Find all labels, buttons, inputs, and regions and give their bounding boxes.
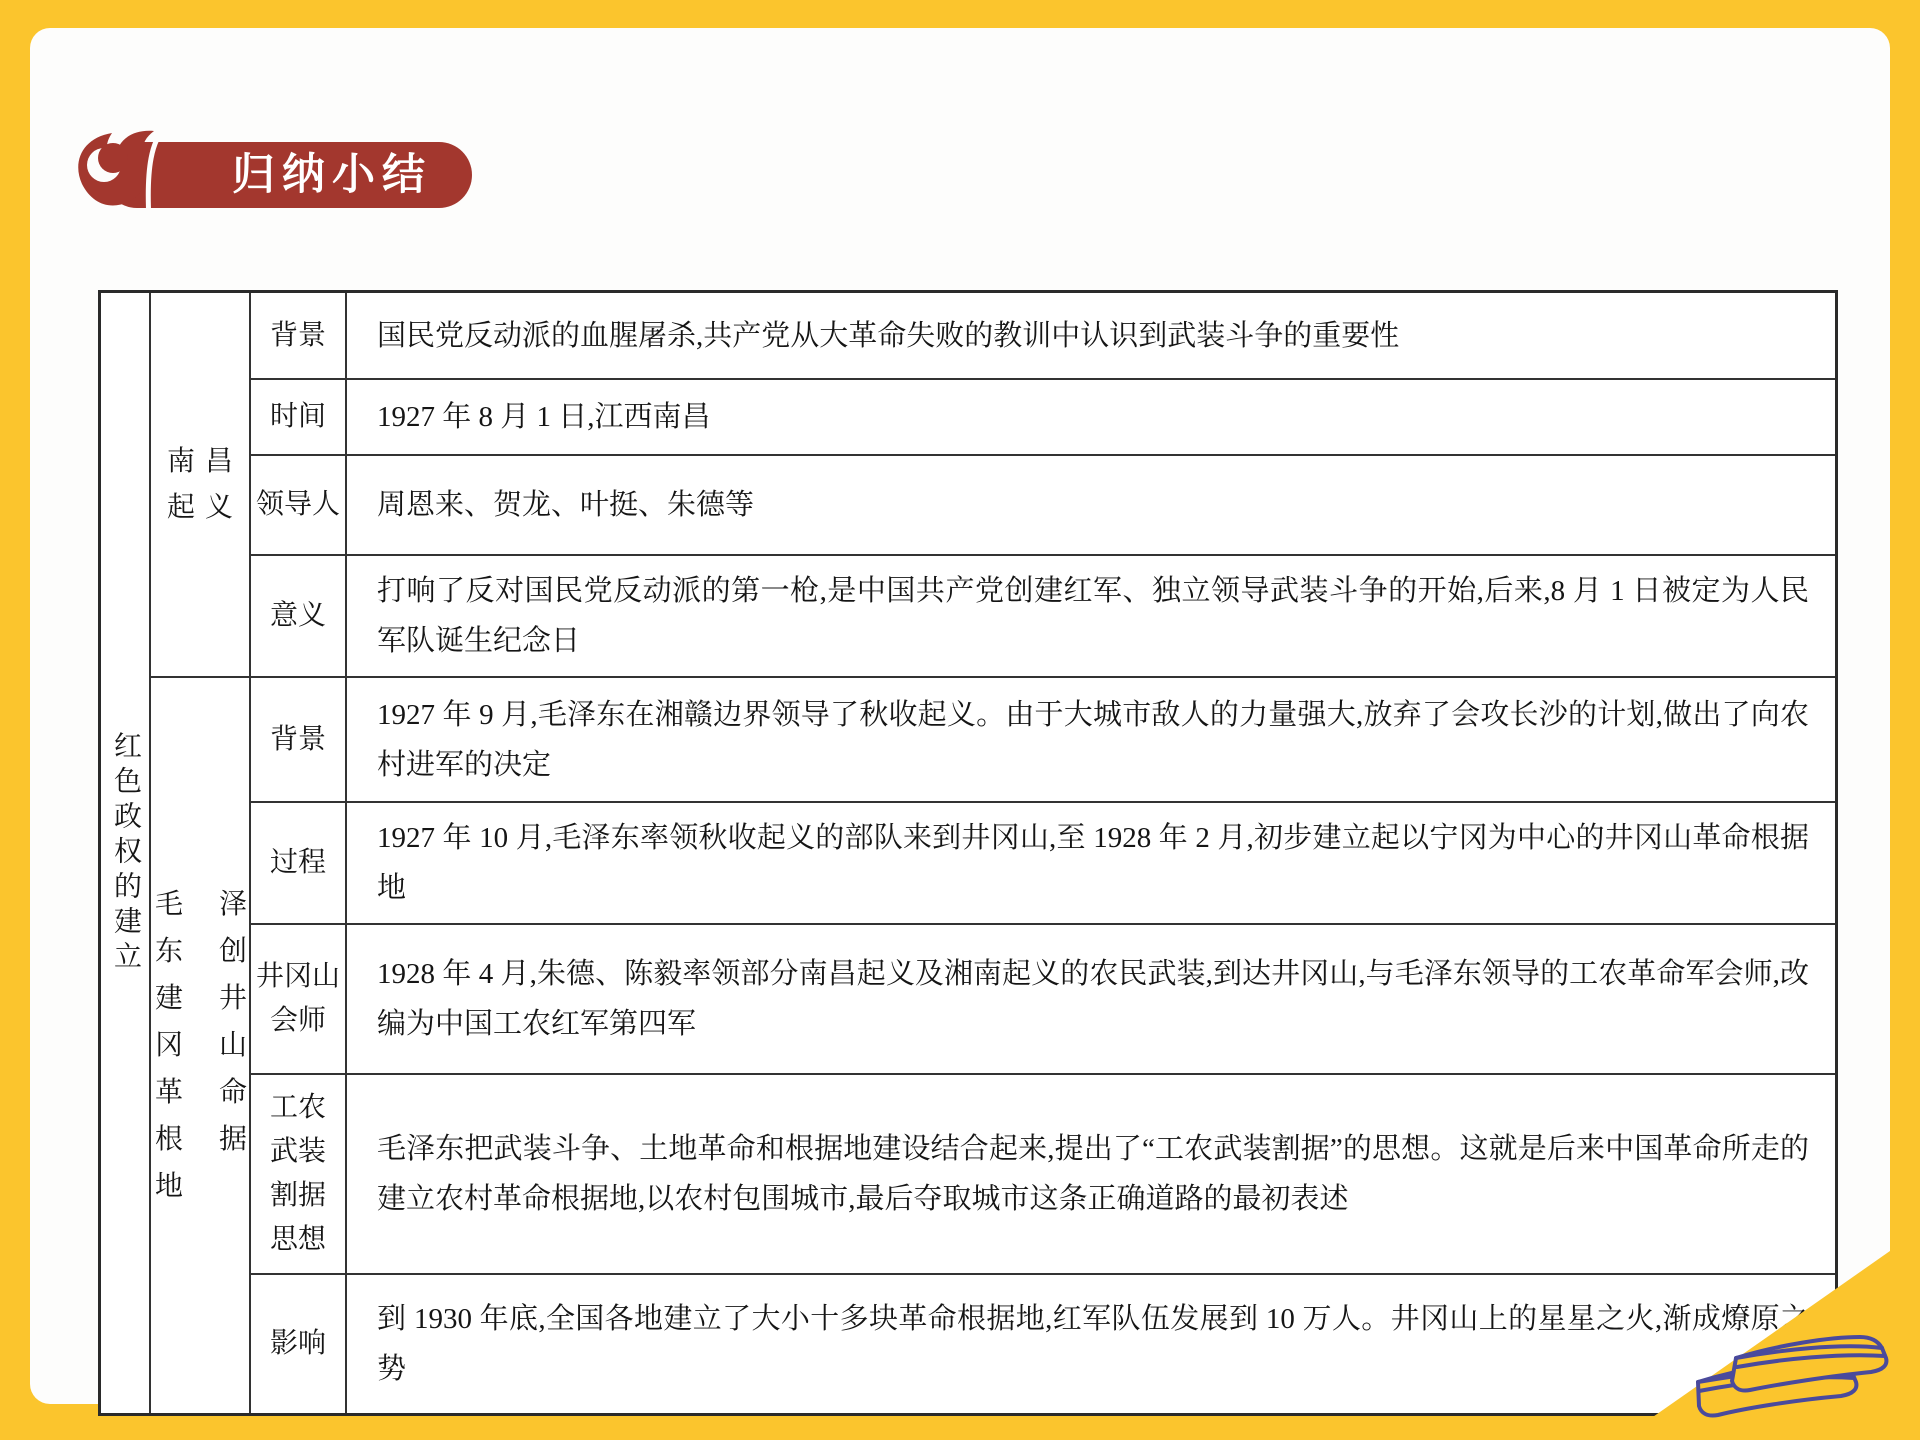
table-section-nanchang: 南昌 起义 背景 国民党反动派的血腥屠杀,共产党从大革命失败的教训中认识到武装斗… <box>151 293 1835 676</box>
row-label: 思想 <box>270 1218 326 1262</box>
section-title-cell: 毛泽 东创 建井 冈山 革命 根据 地 <box>151 678 251 1413</box>
row-label: 背景 <box>270 314 326 358</box>
row-label: 时间 <box>270 395 326 439</box>
row-content: 毛泽东把武装斗争、土地革命和根据地建设结合起来,提出了“工农武装割据”的思想。这… <box>377 1124 1809 1224</box>
textbook-page: { "badge": { "label": "归纳小结" }, "colors"… <box>0 0 1920 1440</box>
section-title-line: 南昌 <box>157 439 243 485</box>
table-row: 意义 打响了反对国民党反动派的第一枪,是中国共产党创建红军、独立领导武装斗争的开… <box>251 554 1835 676</box>
row-content: 1927 年 9 月,毛泽东在湘赣边界领导了秋收起义。由于大城市敌人的力量强大,… <box>377 690 1809 790</box>
row-label: 井冈山 <box>256 955 340 999</box>
table-row: 井冈山 会师 1928 年 4 月,朱德、陈毅率领部分南昌起义及湘南起义的农民武… <box>251 923 1835 1073</box>
row-label: 会师 <box>270 999 326 1043</box>
row-content: 国民党反动派的血腥屠杀,共产党从大革命失败的教训中认识到武装斗争的重要性 <box>377 311 1399 361</box>
row-content: 1927 年 8 月 1 日,江西南昌 <box>377 392 711 442</box>
section-title-line: 根据 <box>153 1116 247 1163</box>
row-content: 打响了反对国民党反动派的第一枪,是中国共产党创建红军、独立领导武装斗争的开始,后… <box>377 566 1809 666</box>
table-row: 过程 1927 年 10 月,毛泽东率领秋收起义的部队来到井冈山,至 1928 … <box>251 801 1835 923</box>
section-title-cell: 南昌 起义 <box>151 293 251 676</box>
table-row: 背景 国民党反动派的血腥屠杀,共产党从大革命失败的教训中认识到武装斗争的重要性 <box>251 293 1835 378</box>
section-title-line: 革命 <box>153 1069 247 1116</box>
flame-swirl-icon <box>66 122 206 226</box>
table-root-header: 红色政权的建立 <box>111 731 139 976</box>
row-label: 工农 <box>270 1086 326 1130</box>
section-title-line: 地 <box>153 1163 247 1210</box>
section-heading-label: 归纳小结 <box>232 154 432 197</box>
row-label: 背景 <box>270 718 326 762</box>
section-title-line: 东创 <box>153 928 247 975</box>
stacked-books-icon <box>1674 1260 1914 1430</box>
row-label: 割据 <box>270 1174 326 1218</box>
table-row: 影响 到 1930 年底,全国各地建立了大小十多块革命根据地,红军队伍发展到 1… <box>251 1273 1835 1413</box>
table-row: 时间 1927 年 8 月 1 日,江西南昌 <box>251 378 1835 454</box>
summary-table: 红色政权的建立 南昌 起义 背景 国民党反动派的血腥屠杀,共产党从大革命失败的教… <box>98 290 1838 1416</box>
row-content: 1928 年 4 月,朱德、陈毅率领部分南昌起义及湘南起义的农民武装,到达井冈山… <box>377 949 1809 1049</box>
row-label: 过程 <box>270 841 326 885</box>
section-title-line: 建井 <box>153 975 247 1022</box>
table-row: 工农 武装 割据 思想 毛泽东把武装斗争、土地革命和根据地建设结合起来,提出了“… <box>251 1073 1835 1273</box>
row-content: 到 1930 年底,全国各地建立了大小十多块革命根据地,红军队伍发展到 10 万… <box>377 1294 1809 1394</box>
section-title-line: 起义 <box>157 485 243 531</box>
row-label: 意义 <box>270 594 326 638</box>
section-title-line: 毛泽 <box>153 881 247 928</box>
table-section-jinggangshan: 毛泽 东创 建井 冈山 革命 根据 地 背景 1927 年 9 月,毛泽东在湘赣… <box>151 676 1835 1413</box>
row-label: 影响 <box>270 1322 326 1366</box>
table-root-header-cell: 红色政权的建立 <box>101 293 151 1413</box>
row-content: 1927 年 10 月,毛泽东率领秋收起义的部队来到井冈山,至 1928 年 2… <box>377 813 1809 913</box>
row-label: 领导人 <box>256 483 340 527</box>
section-title-line: 冈山 <box>153 1022 247 1069</box>
row-content: 周恩来、贺龙、叶挺、朱德等 <box>377 480 754 530</box>
row-label: 武装 <box>270 1130 326 1174</box>
table-row: 背景 1927 年 9 月,毛泽东在湘赣边界领导了秋收起义。由于大城市敌人的力量… <box>251 678 1835 801</box>
table-row: 领导人 周恩来、贺龙、叶挺、朱德等 <box>251 454 1835 554</box>
